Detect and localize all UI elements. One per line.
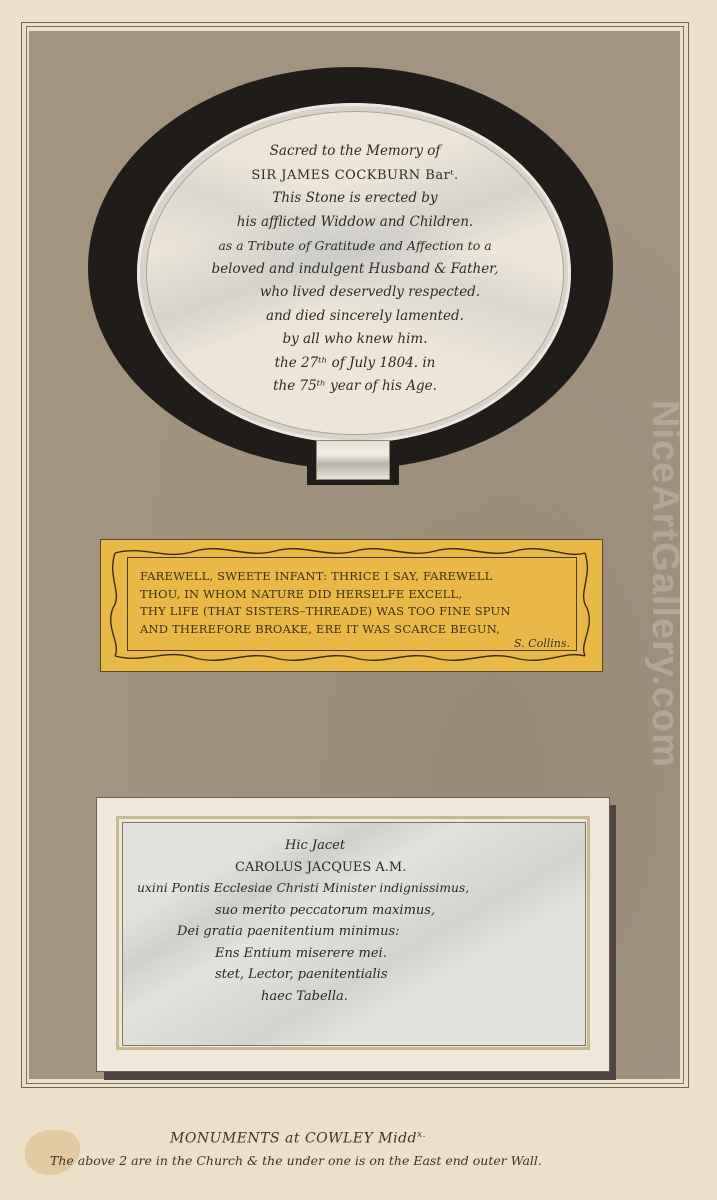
caption-title-sup: x. xyxy=(417,1130,426,1140)
tablet-line: uxini Pontis Ecclesiae Christi Minister … xyxy=(137,878,592,900)
verse-line: And therefore broake, ere it was scarce … xyxy=(140,621,565,639)
caption-note: The above 2 are in the Church & the unde… xyxy=(50,1153,717,1168)
oval-line: and died sincerely lamented. xyxy=(150,305,560,329)
tablet-line: Hic Jacet xyxy=(285,835,717,857)
tablet-line: stet, Lector, paenitentialis xyxy=(215,964,670,986)
oval-line: SIR JAMES COCKBURN Barᵗ. xyxy=(150,164,560,188)
tablet-line: suo merito peccatorum maximus, xyxy=(215,900,670,922)
oval-clasp xyxy=(316,440,390,480)
verse-line: Farewell, sweete Infant: thrice I say, F… xyxy=(140,568,565,586)
tablet-line: haec Tabella. xyxy=(261,986,716,1008)
tablet-line: Dei gratia paenitentium minimus: xyxy=(177,921,632,943)
oval-line: Sacred to the Memory of xyxy=(150,140,560,164)
oval-line: This Stone is erected by xyxy=(150,187,560,211)
tablet-line: CAROLUS JACQUES A.M. xyxy=(235,857,690,879)
watermark: NiceArtGallery.com xyxy=(636,400,686,800)
verse-line: Thou, in whom Nature did herselfe excell… xyxy=(140,586,565,604)
oval-line: his afflicted Widdow and Children. xyxy=(150,211,560,235)
oval-line: beloved and indulgent Husband & Father, xyxy=(150,258,560,282)
oval-line: who lived deservedly respected. xyxy=(150,281,560,305)
tablet-inscription: Hic Jacet CAROLUS JACQUES A.M. uxini Pon… xyxy=(125,835,580,1007)
oval-line: the 75ᵗʰ year of his Age. xyxy=(150,375,560,399)
oval-line: by all who knew him. xyxy=(150,328,560,352)
oval-line: as a Tribute of Gratitude and Affection … xyxy=(150,234,560,258)
oval-inscription: Sacred to the Memory of SIR JAMES COCKBU… xyxy=(150,140,560,399)
plaque-verse: Farewell, sweete Infant: thrice I say, F… xyxy=(140,568,565,638)
tablet-line: Ens Entium miserere mei. xyxy=(215,943,670,965)
caption-title-text: MONUMENTS at COWLEY Midd xyxy=(170,1131,417,1147)
plaque-signature: S. Collins. xyxy=(490,637,570,650)
caption-title: MONUMENTS at COWLEY Middx. xyxy=(170,1130,500,1147)
oval-line: the 27ᵗʰ of July 1804. in xyxy=(150,352,560,376)
verse-line: Thy life (that sisters–threade) was too … xyxy=(140,603,565,621)
